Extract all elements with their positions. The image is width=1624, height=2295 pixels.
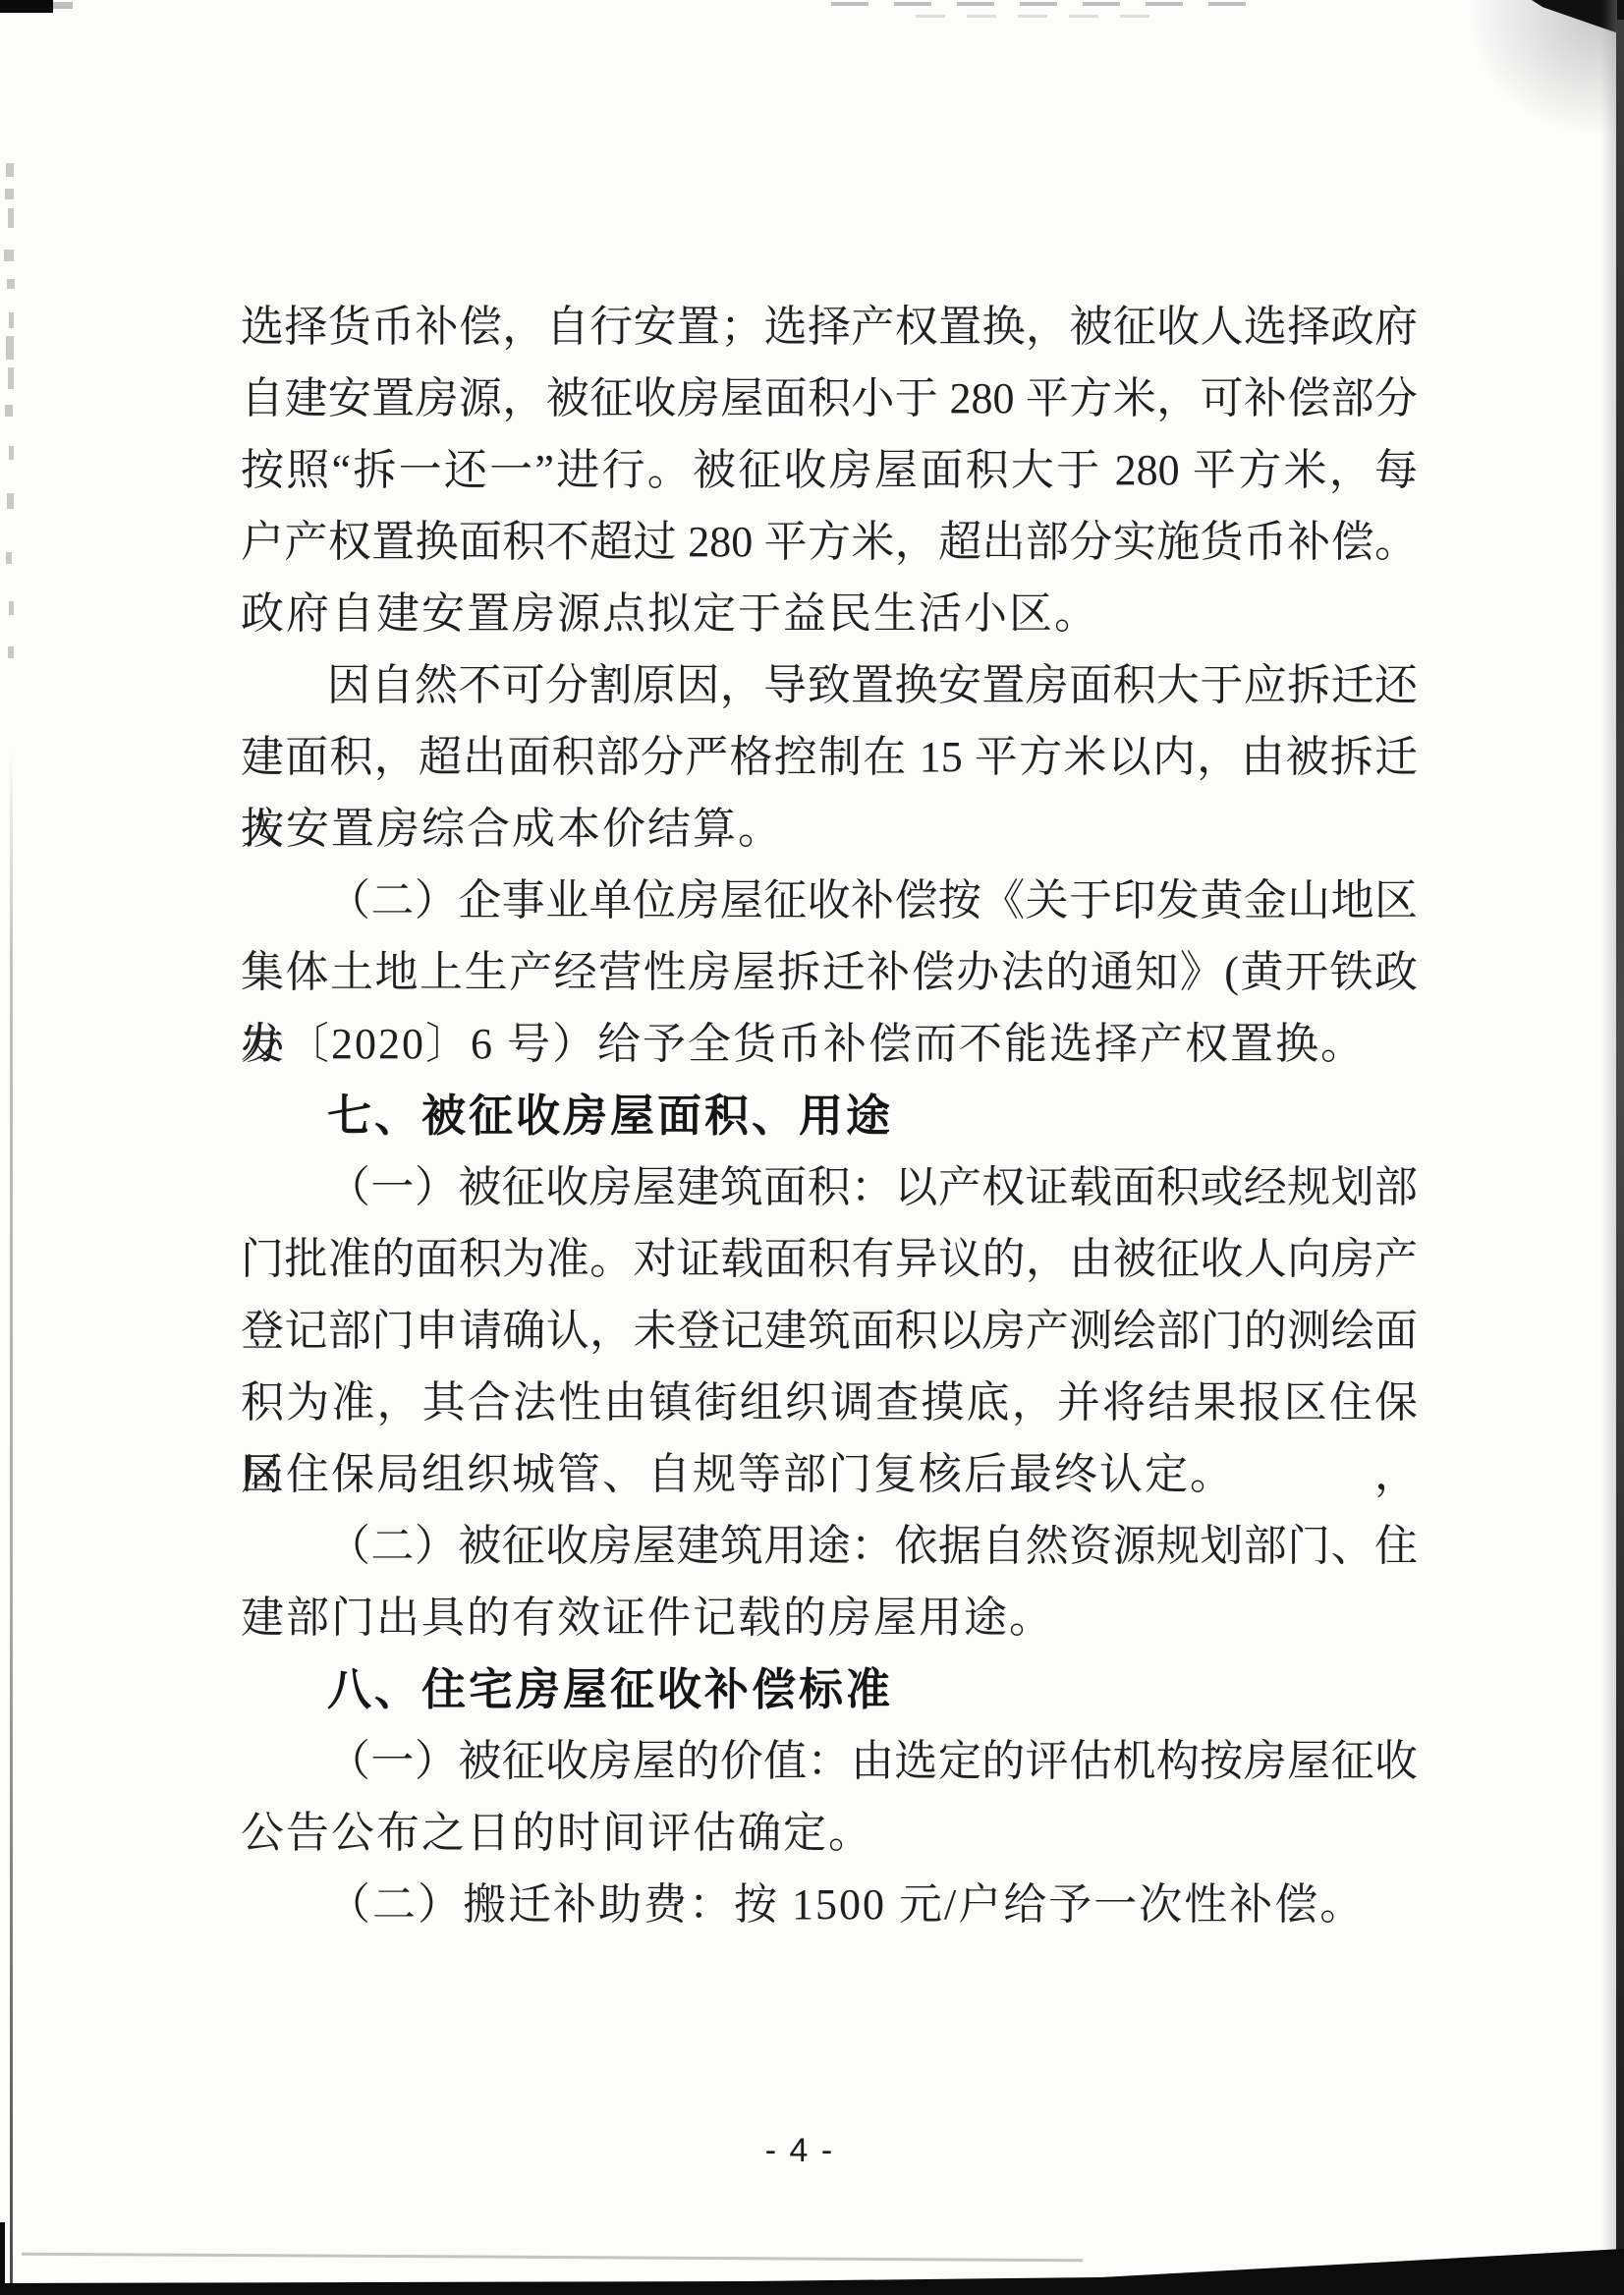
scan-artifact-left-dash — [6, 163, 14, 177]
scan-artifact-right-strip — [1616, 20, 1624, 2295]
scan-artifact-right-shade — [1601, 0, 1617, 2295]
text-line: 建面积，超出面积部分严格控制在 15 平方米以内，由被拆迁人 — [241, 721, 1418, 793]
text-line: 门批准的面积为准。对证载面积有异议的，由被征收人向房产 — [241, 1223, 1418, 1295]
text-line: 按安置房综合成本价结算。 — [241, 793, 1418, 865]
scan-artifact-left-dash — [5, 189, 14, 199]
text-line: 按照“拆一还一”进行。被征收房屋面积大于 280 平方米，每 — [241, 434, 1418, 506]
section-heading-7: 七、被征收房屋面积、用途 — [241, 1080, 1418, 1151]
section-heading-8: 八、住宅房屋征收补偿标准 — [241, 1653, 1418, 1725]
text-line: 政府自建安置房源点拟定于益民生活小区。 — [241, 578, 1418, 649]
text-block: 选择货币补偿，自行安置；选择产权置换，被征收人选择政府 自建安置房源，被征收房屋… — [241, 291, 1418, 1940]
scan-artifact-left-dash — [6, 552, 12, 564]
scan-artifact-left-line — [10, 747, 13, 2295]
text-line: 公告公布之日的时间评估确定。 — [241, 1797, 1418, 1869]
scan-artifact-bottom-band — [0, 2240, 1624, 2295]
text-line: （二）被征收房屋建筑用途：依据自然资源规划部门、住 — [241, 1510, 1418, 1582]
text-line: 户产权置换面积不超过 280 平方米，超出部分实施货币补偿。 — [241, 506, 1418, 578]
scan-artifact-left-dash — [9, 312, 14, 328]
scan-artifact-left-dash — [8, 646, 14, 658]
scan-artifact-left-dash — [4, 250, 14, 261]
scan-artifact-top-left-tail — [53, 2, 73, 9]
scan-artifact-left-dash — [9, 446, 14, 460]
text-line: 积为准，其合法性由镇街组织调查摸底，并将结果报区住保局， — [241, 1367, 1418, 1438]
scan-artifact-bottom-line — [22, 2253, 1083, 2263]
scan-artifact-left-dash — [8, 208, 14, 228]
scan-artifact-top-dashes — [831, 2, 1254, 6]
text-line: 发〔2020〕6 号）给予全货币补偿而不能选择产权置换。 — [241, 1008, 1418, 1080]
text-line: 登记部门申请确认，未登记建筑面积以房产测绘部门的测绘面 — [241, 1295, 1418, 1367]
text-line: 集体土地上生产经营性房屋拆迁补偿办法的通知》(黄开铁政办 — [241, 936, 1418, 1008]
text-line: 自建安置房源，被征收房屋面积小于 280 平方米，可补偿部分 — [241, 363, 1418, 434]
text-line: 建部门出具的有效证件记载的房屋用途。 — [241, 1582, 1418, 1653]
scan-artifact-top-left-bar — [0, 0, 53, 13]
text-line: 因自然不可分割原因，导致置换安置房面积大于应拆迁还 — [241, 649, 1418, 721]
scan-artifact-left-dash — [7, 279, 15, 289]
scan-artifact-left-dash — [9, 601, 14, 615]
text-line: 选择货币补偿，自行安置；选择产权置换，被征收人选择政府 — [241, 291, 1418, 363]
scan-artifact-left-dash — [8, 367, 14, 389]
scan-artifact-top-dashes-2 — [916, 15, 1171, 18]
page-number: - 4 - — [0, 2132, 1599, 2170]
scan-artifact-left-dash — [7, 493, 14, 509]
scan-artifact-left-dash — [6, 336, 14, 360]
scan-artifact-left-dash — [5, 405, 13, 417]
scanned-document-page: 选择货币补偿，自行安置；选择产权置换，被征收人选择政府 自建安置房源，被征收房屋… — [0, 0, 1624, 2295]
text-line: （一）被征收房屋建筑面积：以产权证载面积或经规划部 — [241, 1151, 1418, 1223]
text-line: （一）被征收房屋的价值：由选定的评估机构按房屋征收 — [241, 1725, 1418, 1797]
text-line: （二）搬迁补助费：按 1500 元/户给予一次性补偿。 — [241, 1869, 1418, 1940]
scan-artifact-bottom-left-bar — [0, 2222, 5, 2295]
text-line: （二）企事业单位房屋征收补偿按《关于印发黄金山地区 — [241, 865, 1418, 936]
